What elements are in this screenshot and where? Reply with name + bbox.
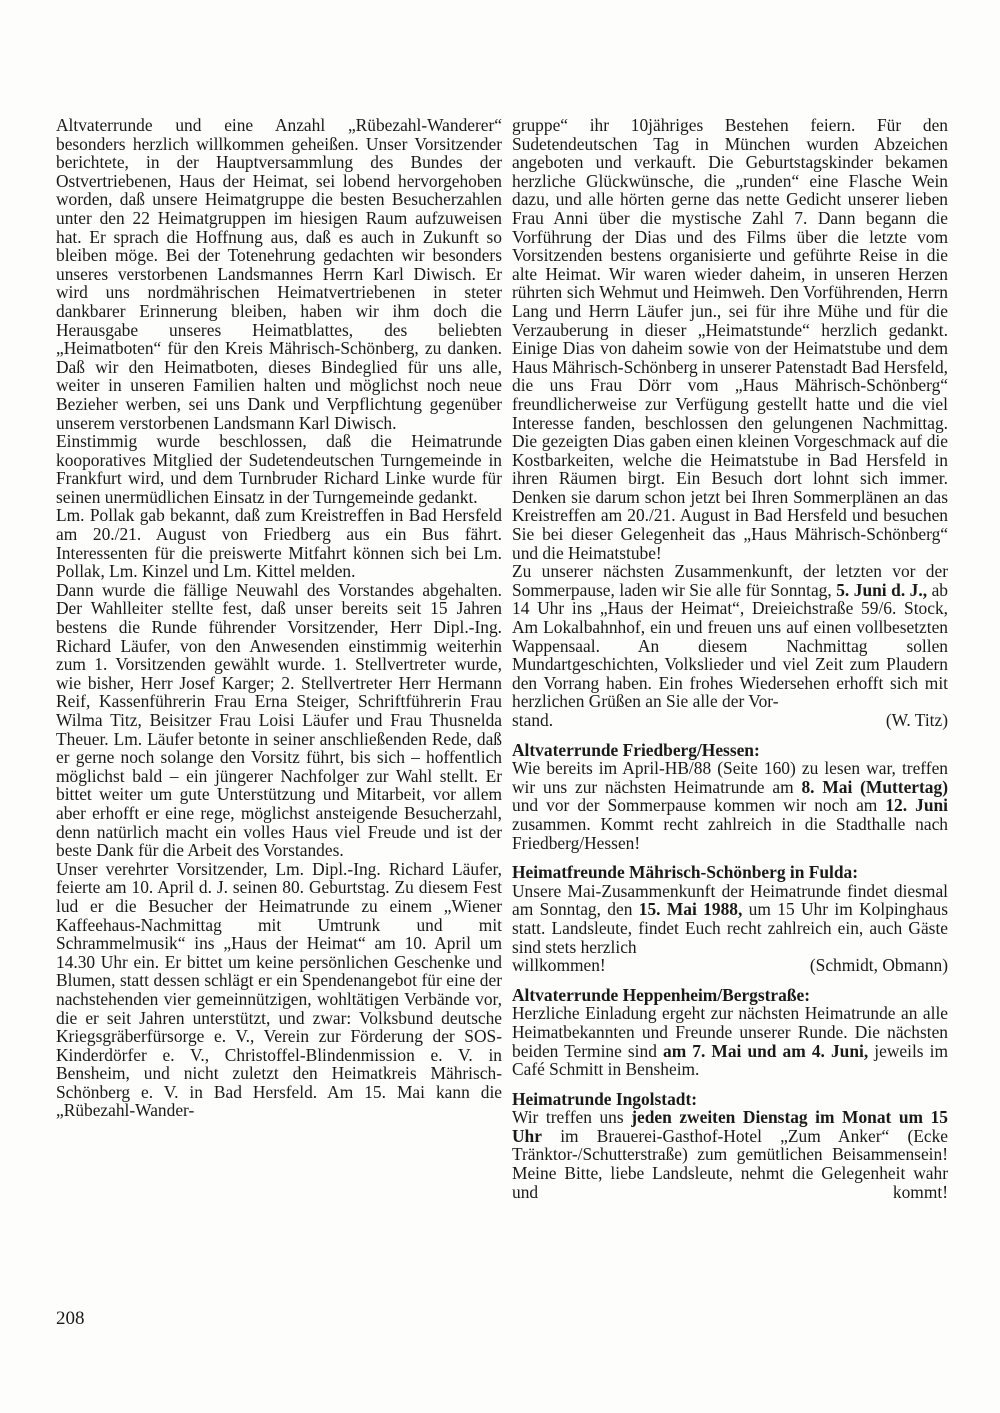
- fulda-signature-line: willkommen! (Schmidt, Obmann): [512, 956, 948, 975]
- section-friedberg: Altvaterrunde Friedberg/Hessen: Wie bere…: [512, 741, 948, 853]
- left-column: Altvaterrunde und eine Anzahl „Rübezahl-…: [56, 116, 502, 1120]
- section-body: Herzliche Einladung ergeht zur nächsten …: [512, 1004, 948, 1078]
- section-heading: Altvaterrunde Heppenheim/Bergstraße:: [512, 986, 948, 1005]
- paragraph-birthday: Unser verehrter Vorsitzender, Lm. Dipl.-…: [56, 860, 502, 1120]
- section-body: Wie bereits im April-HB/88 (Seite 160) z…: [512, 759, 948, 852]
- section-body: Wir treffen uns jeden zweiten Dienstag i…: [512, 1108, 948, 1201]
- paragraph-turngemeinde: Einstimmig wurde beschlossen, daß die He…: [56, 432, 502, 506]
- right-column: gruppe“ ihr 10jähriges Bestehen feiern. …: [512, 116, 948, 1201]
- paragraph-anniversary: gruppe“ ihr 10jähriges Bestehen feiern. …: [512, 116, 948, 562]
- page-number: 208: [56, 1308, 85, 1330]
- section-heading: Altvaterrunde Friedberg/Hessen:: [512, 741, 948, 760]
- section-fulda: Heimatfreunde Mährisch-Schönberg in Fuld…: [512, 863, 948, 975]
- section-body: Unsere Mai-Zusammenkunft der Heimatrunde…: [512, 882, 948, 956]
- paragraph-invitation: Zu unserer nächsten Zusammenkunft, der l…: [512, 562, 948, 711]
- document-page: Altvaterrunde und eine Anzahl „Rübezahl-…: [0, 0, 1000, 1413]
- paragraph-bus-trip: Lm. Pollak gab bekannt, daß zum Kreistre…: [56, 506, 502, 580]
- author-signature: (W. Titz): [886, 711, 948, 730]
- invitation-signature-line: stand. (W. Titz): [512, 711, 948, 730]
- paragraph-annual-meeting: Altvaterrunde und eine Anzahl „Rübezahl-…: [56, 116, 502, 432]
- section-heppenheim: Altvaterrunde Heppenheim/Bergstraße: Her…: [512, 986, 948, 1079]
- section-heading: Heimatfreunde Mährisch-Schönberg in Fuld…: [512, 863, 948, 882]
- author-signature: (Schmidt, Obmann): [810, 956, 948, 975]
- paragraph-board-election: Dann wurde die fällige Neuwahl des Vorst…: [56, 581, 502, 860]
- section-heading: Heimatrunde Ingolstadt:: [512, 1090, 948, 1109]
- section-ingolstadt: Heimatrunde Ingolstadt: Wir treffen uns …: [512, 1090, 948, 1202]
